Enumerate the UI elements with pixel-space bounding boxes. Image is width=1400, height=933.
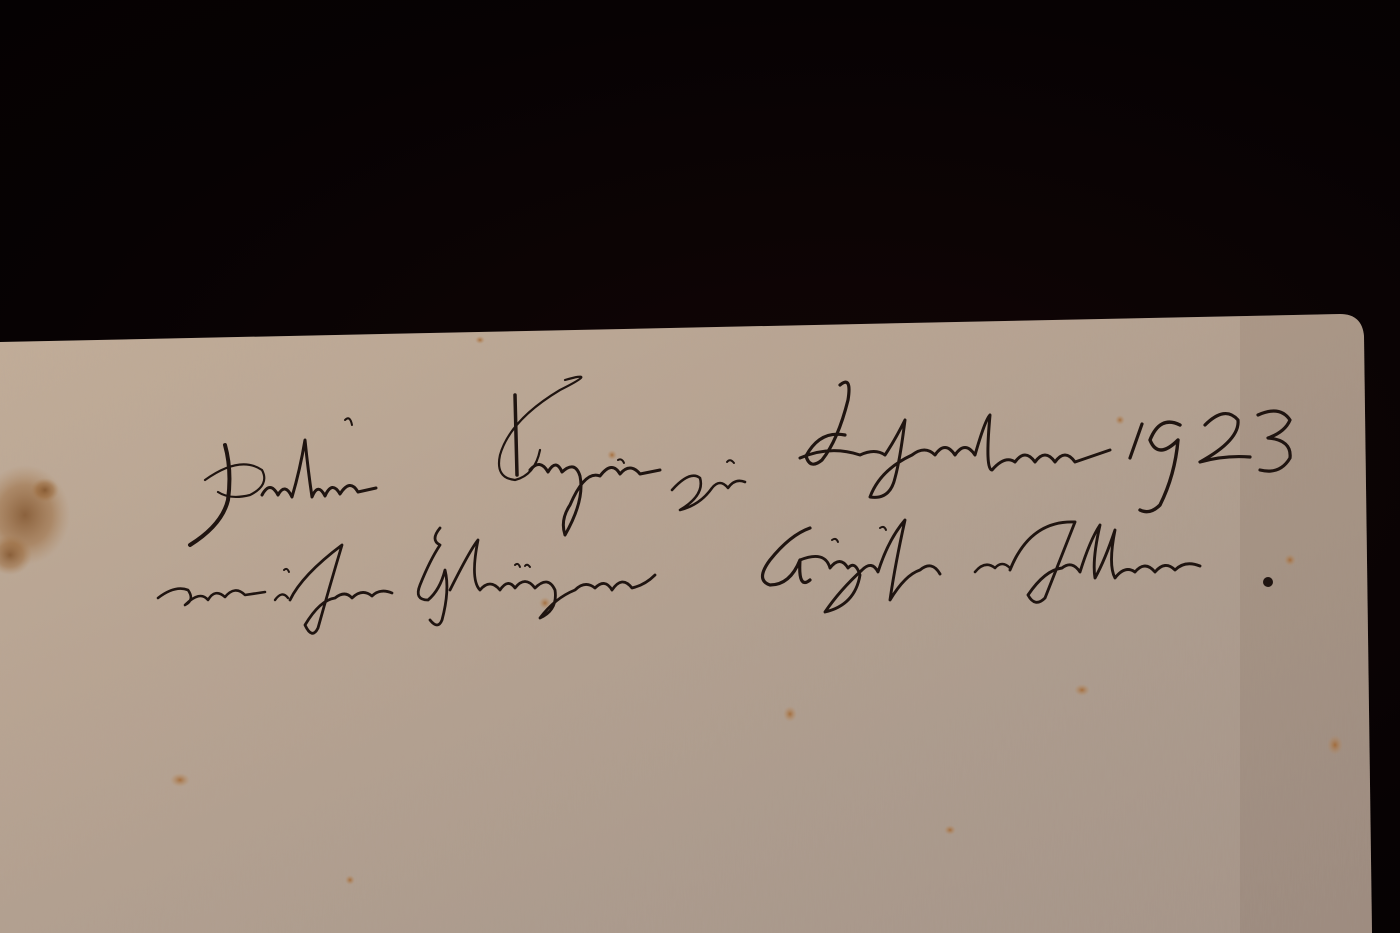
paper-page [0,0,1400,933]
photograph: Pauline Sugger zu Weihnachten 1923 von i… [0,0,1400,933]
